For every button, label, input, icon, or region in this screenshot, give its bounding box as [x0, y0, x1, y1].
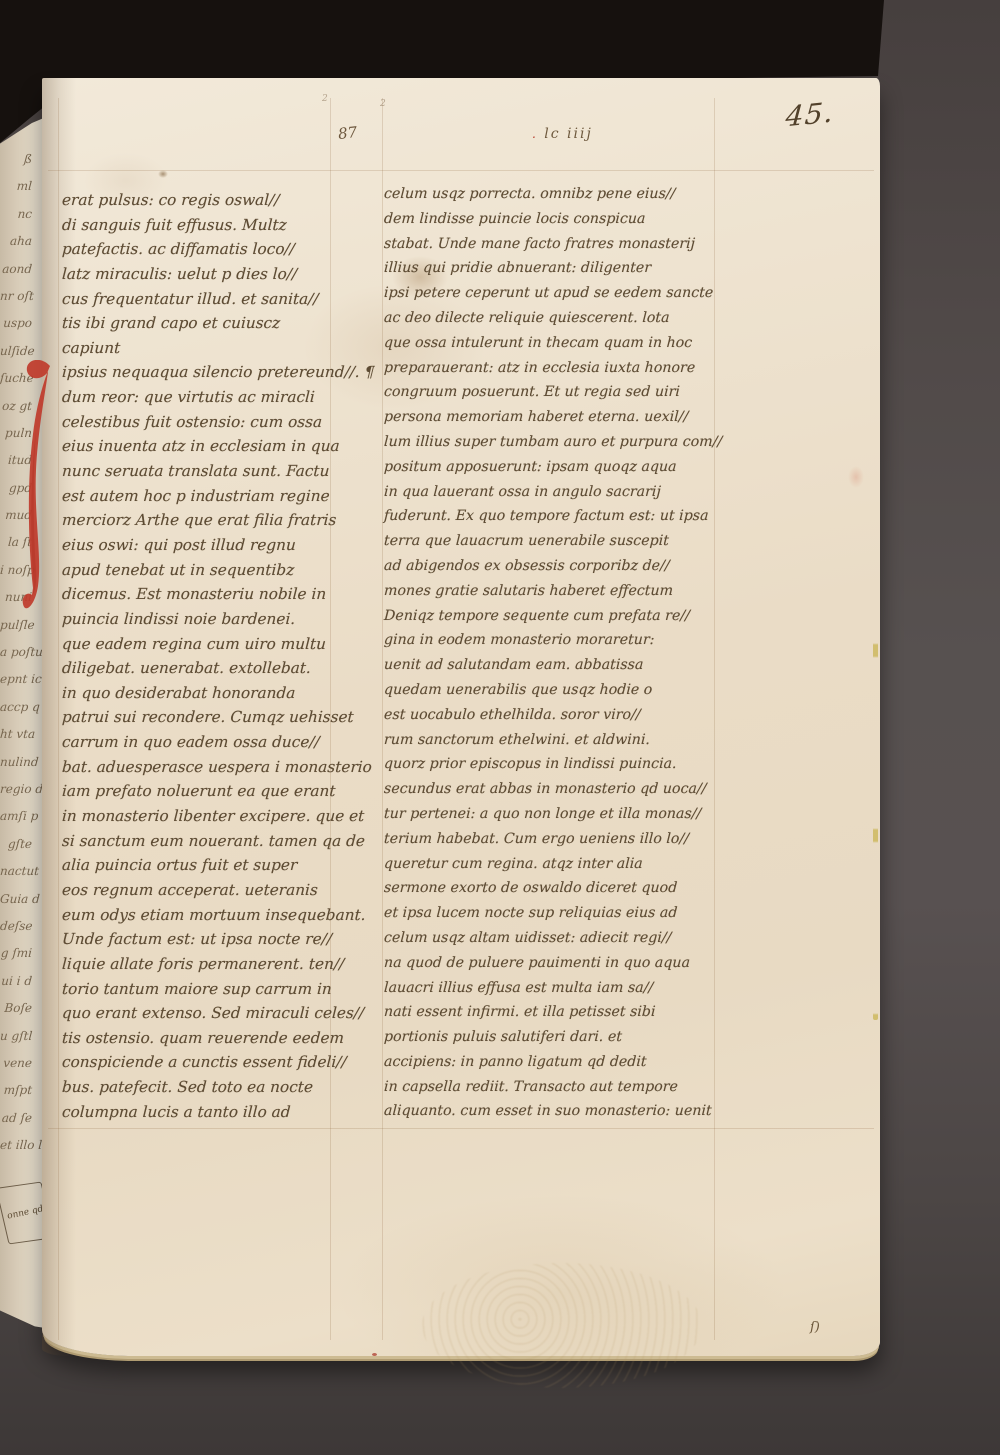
manuscript-photograph: ßmlncahaaondnr oſtuspoulſideſucheoz gtpu…: [0, 0, 1000, 1455]
manuscript-line: est autem hoc p industriam regine: [61, 484, 362, 509]
manuscript-line: eius oswi: qui post illud regnu: [61, 533, 362, 558]
text-fragment: gſte: [0, 831, 47, 858]
manuscript-line: apud tenebat ut in sequentibz: [61, 558, 362, 583]
rubricated-initial: [20, 360, 64, 618]
manuscript-line: ipsius nequaqua silencio pretereund//. ¶: [61, 360, 362, 385]
ink-speck: [158, 170, 168, 178]
text-fragment: ht vta: [0, 721, 47, 748]
red-smudge: [848, 466, 864, 488]
text-fragment: amſi p: [0, 803, 47, 830]
text-fragment: ad ſe: [0, 1105, 47, 1132]
manuscript-line: patefactis. ac diffamatis loco//: [61, 237, 362, 262]
manuscript-line: tur pertenei: a quo non longe et illa mo…: [383, 802, 722, 827]
parchment-mottling: [422, 1263, 702, 1388]
manuscript-line: conspiciende a cunctis essent fideli//: [61, 1050, 362, 1075]
text-fragment: ui i d: [0, 968, 47, 995]
manuscript-line: terium habebat. Cum ergo ueniens illo lo…: [383, 827, 722, 852]
manuscript-page: 2 2 87 . lc iiij 45. erat pulsus: co reg…: [42, 78, 880, 1356]
manuscript-line: que ossa intulerunt in thecam quam in ho…: [383, 331, 722, 356]
text-fragment: accp q: [0, 694, 47, 721]
manuscript-line: ad abigendos ex obsessis corporibz de//: [383, 554, 722, 579]
manuscript-line: aliquanto. cum esset in suo monasterio: …: [383, 1099, 722, 1124]
manuscript-line: portionis puluis salutiferi dari. et: [383, 1025, 722, 1050]
manuscript-line: dicemus. Est monasteriu nobile in: [61, 582, 362, 607]
text-fragment: nc: [0, 201, 47, 228]
manuscript-line: accipiens: in panno ligatum qd dedit: [383, 1050, 722, 1075]
manuscript-line: quedam uenerabilis que usqz hodie o: [383, 678, 722, 703]
corner-pen-mark: ſ): [810, 1320, 820, 1335]
manuscript-line: nunc seruata translata sunt. Factu: [61, 459, 362, 484]
text-fragment: nr oſt: [0, 283, 47, 310]
manuscript-line: fuderunt. Ex quo tempore factum est: ut …: [383, 504, 722, 529]
manuscript-line: torio tantum maiore sup carrum in: [61, 977, 362, 1002]
manuscript-line: terra que lauacrum uenerabile suscepit: [383, 529, 722, 554]
quire-number: 87: [337, 123, 358, 143]
text-fragment: ml: [0, 173, 47, 200]
manuscript-line: ipsi petere ceperunt ut apud se eedem sa…: [383, 281, 722, 306]
text-fragment: nulind: [0, 749, 47, 776]
manuscript-line: celestibus fuit ostensio: cum ossa: [61, 410, 362, 435]
ruling-line-horizontal: [48, 1128, 874, 1129]
catchword-text: onne qd: [6, 1204, 45, 1221]
ruling-line-horizontal: [48, 170, 874, 171]
manuscript-line: patrui sui recondere. Cumqz uehisset: [61, 705, 362, 730]
manuscript-line: di sanguis fuit effusus. Multz: [61, 213, 362, 238]
manuscript-line: sermone exorto de oswaldo diceret quod: [383, 876, 722, 901]
right-text-column: celum usqz porrecta. omnibz pene eius//d…: [384, 182, 722, 1124]
manuscript-line: iam prefato noluerunt ea que erant: [61, 779, 362, 804]
text-fragment: epnt ic: [0, 666, 47, 693]
left-text-column: erat pulsus: co regis oswal//di sanguis …: [62, 188, 362, 1124]
text-fragment: uspo: [0, 310, 47, 337]
manuscript-line: in capsella rediit. Transacto aut tempor…: [383, 1075, 722, 1100]
manuscript-line: capiunt: [61, 336, 362, 361]
manuscript-line: in quo desiderabat honoranda: [61, 681, 362, 706]
manuscript-line: na quod de puluere pauimenti in quo aqua: [383, 951, 722, 976]
manuscript-line: tis ibi grand capo et cuiuscz: [61, 311, 362, 336]
text-fragment: vene: [0, 1050, 47, 1077]
manuscript-line: columpna lucis a tanto illo ad: [61, 1100, 362, 1125]
manuscript-line: congruum posuerunt. Et ut regia sed uiri: [383, 380, 722, 405]
manuscript-line: lauacri illius effusa est multa iam sa//: [383, 976, 722, 1001]
manuscript-line: preparauerant: atz in ecclesia iuxta hon…: [383, 356, 722, 381]
manuscript-line: cus frequentatur illud. et sanita//: [61, 287, 362, 312]
manuscript-line: mones gratie salutaris haberet effectum: [383, 579, 722, 604]
text-fragment: nactut: [0, 858, 47, 885]
manuscript-line: carrum in quo eadem ossa duce//: [61, 730, 362, 755]
text-fragment: a poſtu: [0, 639, 47, 666]
manuscript-line: stabat. Unde mane facto fratres monaster…: [383, 232, 722, 257]
manuscript-line: Unde factum est: ut ipsa nocte re//: [61, 927, 362, 952]
text-fragment: Guia d: [0, 886, 47, 913]
running-title-text: lc iiij: [544, 126, 593, 142]
edge-red-speck: [372, 1353, 377, 1356]
manuscript-line: eum odys etiam mortuum insequebant.: [61, 903, 362, 928]
manuscript-line: Deniqz tempore sequente cum prefata re//: [383, 604, 722, 629]
manuscript-line: que eadem regina cum uiro multu: [61, 632, 362, 657]
manuscript-line: si sanctum eum nouerant. tamen qa de: [61, 829, 362, 854]
manuscript-line: gina in eodem monasterio moraretur:: [383, 628, 722, 653]
text-fragment: deſse: [0, 913, 47, 940]
running-title: . lc iiij: [532, 126, 593, 142]
prick-mark: 2: [380, 99, 386, 109]
text-fragment: Boſe: [0, 995, 47, 1022]
manuscript-line: lum illius super tumbam auro et purpura …: [383, 430, 722, 455]
manuscript-line: in monasterio libenter excipere. que et: [61, 804, 362, 829]
manuscript-line: tis ostensio. quam reuerende eedem: [61, 1026, 362, 1051]
text-fragment: ß: [0, 146, 47, 173]
text-fragment: g ſmi: [0, 940, 47, 967]
facing-page-text-fragments: ßmlncahaaondnr oſtuspoulſideſucheoz gtpu…: [0, 146, 46, 1159]
manuscript-line: eos regnum acceperat. ueteranis: [61, 878, 362, 903]
manuscript-line: nati essent infirmi. et illa petisset si…: [383, 1000, 722, 1025]
rubric-dot: .: [532, 127, 538, 141]
manuscript-line: illius qui pridie abnuerant: diligenter: [383, 256, 722, 281]
manuscript-line: alia puincia ortus fuit et super: [61, 853, 362, 878]
ruling-line-vertical: [58, 98, 59, 1340]
manuscript-line: latz miraculis: uelut p dies lo//: [61, 262, 362, 287]
text-fragment: aond: [0, 256, 47, 283]
manuscript-line: puincia lindissi noie bardenei.: [61, 607, 362, 632]
manuscript-line: et ipsa lucem nocte sup reliquias eius a…: [383, 901, 722, 926]
folio-number: 45.: [785, 96, 835, 134]
manuscript-line: rum sanctorum ethelwini. et aldwini.: [383, 728, 722, 753]
manuscript-line: erat pulsus: co regis oswal//: [61, 188, 362, 213]
text-fragment: et illo l: [0, 1132, 47, 1159]
manuscript-line: persona memoriam haberet eterna. uexil//: [383, 405, 722, 430]
text-fragment: mſpt: [0, 1077, 47, 1104]
manuscript-line: liquie allate foris permanerent. ten//: [61, 952, 362, 977]
manuscript-line: positum apposuerunt: ipsam quoqz aqua: [383, 455, 722, 480]
manuscript-line: diligebat. uenerabat. extollebat.: [61, 656, 362, 681]
manuscript-line: uenit ad salutandam eam. abbatissa: [383, 653, 722, 678]
fore-edge-flecks: [873, 555, 878, 1020]
manuscript-line: celum usqz porrecta. omnibz pene eius//: [383, 182, 722, 207]
manuscript-line: dem lindisse puincie locis conspicua: [383, 207, 722, 232]
manuscript-line: bus. patefecit. Sed toto ea nocte: [61, 1075, 362, 1100]
manuscript-line: bat. aduesperasce uespera i monasterio: [61, 755, 362, 780]
text-fragment: regio d: [0, 776, 47, 803]
manuscript-line: secundus erat abbas in monasterio qd uoc…: [383, 777, 722, 802]
prick-mark: 2: [322, 94, 328, 104]
text-fragment: aha: [0, 228, 47, 255]
manuscript-line: quo erant extenso. Sed miraculi celes//: [61, 1001, 362, 1026]
manuscript-line: merciorz Arthe que erat filia fratris: [61, 508, 362, 533]
manuscript-line: dum reor: que virtutis ac miracli: [61, 385, 362, 410]
manuscript-line: quorz prior episcopus in lindissi puinci…: [383, 752, 722, 777]
manuscript-line: eius inuenta atz in ecclesiam in qua: [61, 434, 362, 459]
manuscript-line: est uocabulo ethelhilda. soror viro//: [383, 703, 722, 728]
manuscript-line: celum usqz altam uidisset: adiecit regi/…: [383, 926, 722, 951]
manuscript-line: ac deo dilecte reliquie quiescerent. lot…: [383, 306, 722, 331]
manuscript-line: queretur cum regina. atqz inter alia: [383, 852, 722, 877]
text-fragment: u gſtl: [0, 1023, 47, 1050]
manuscript-line: in qua lauerant ossa in angulo sacrarij: [383, 480, 722, 505]
